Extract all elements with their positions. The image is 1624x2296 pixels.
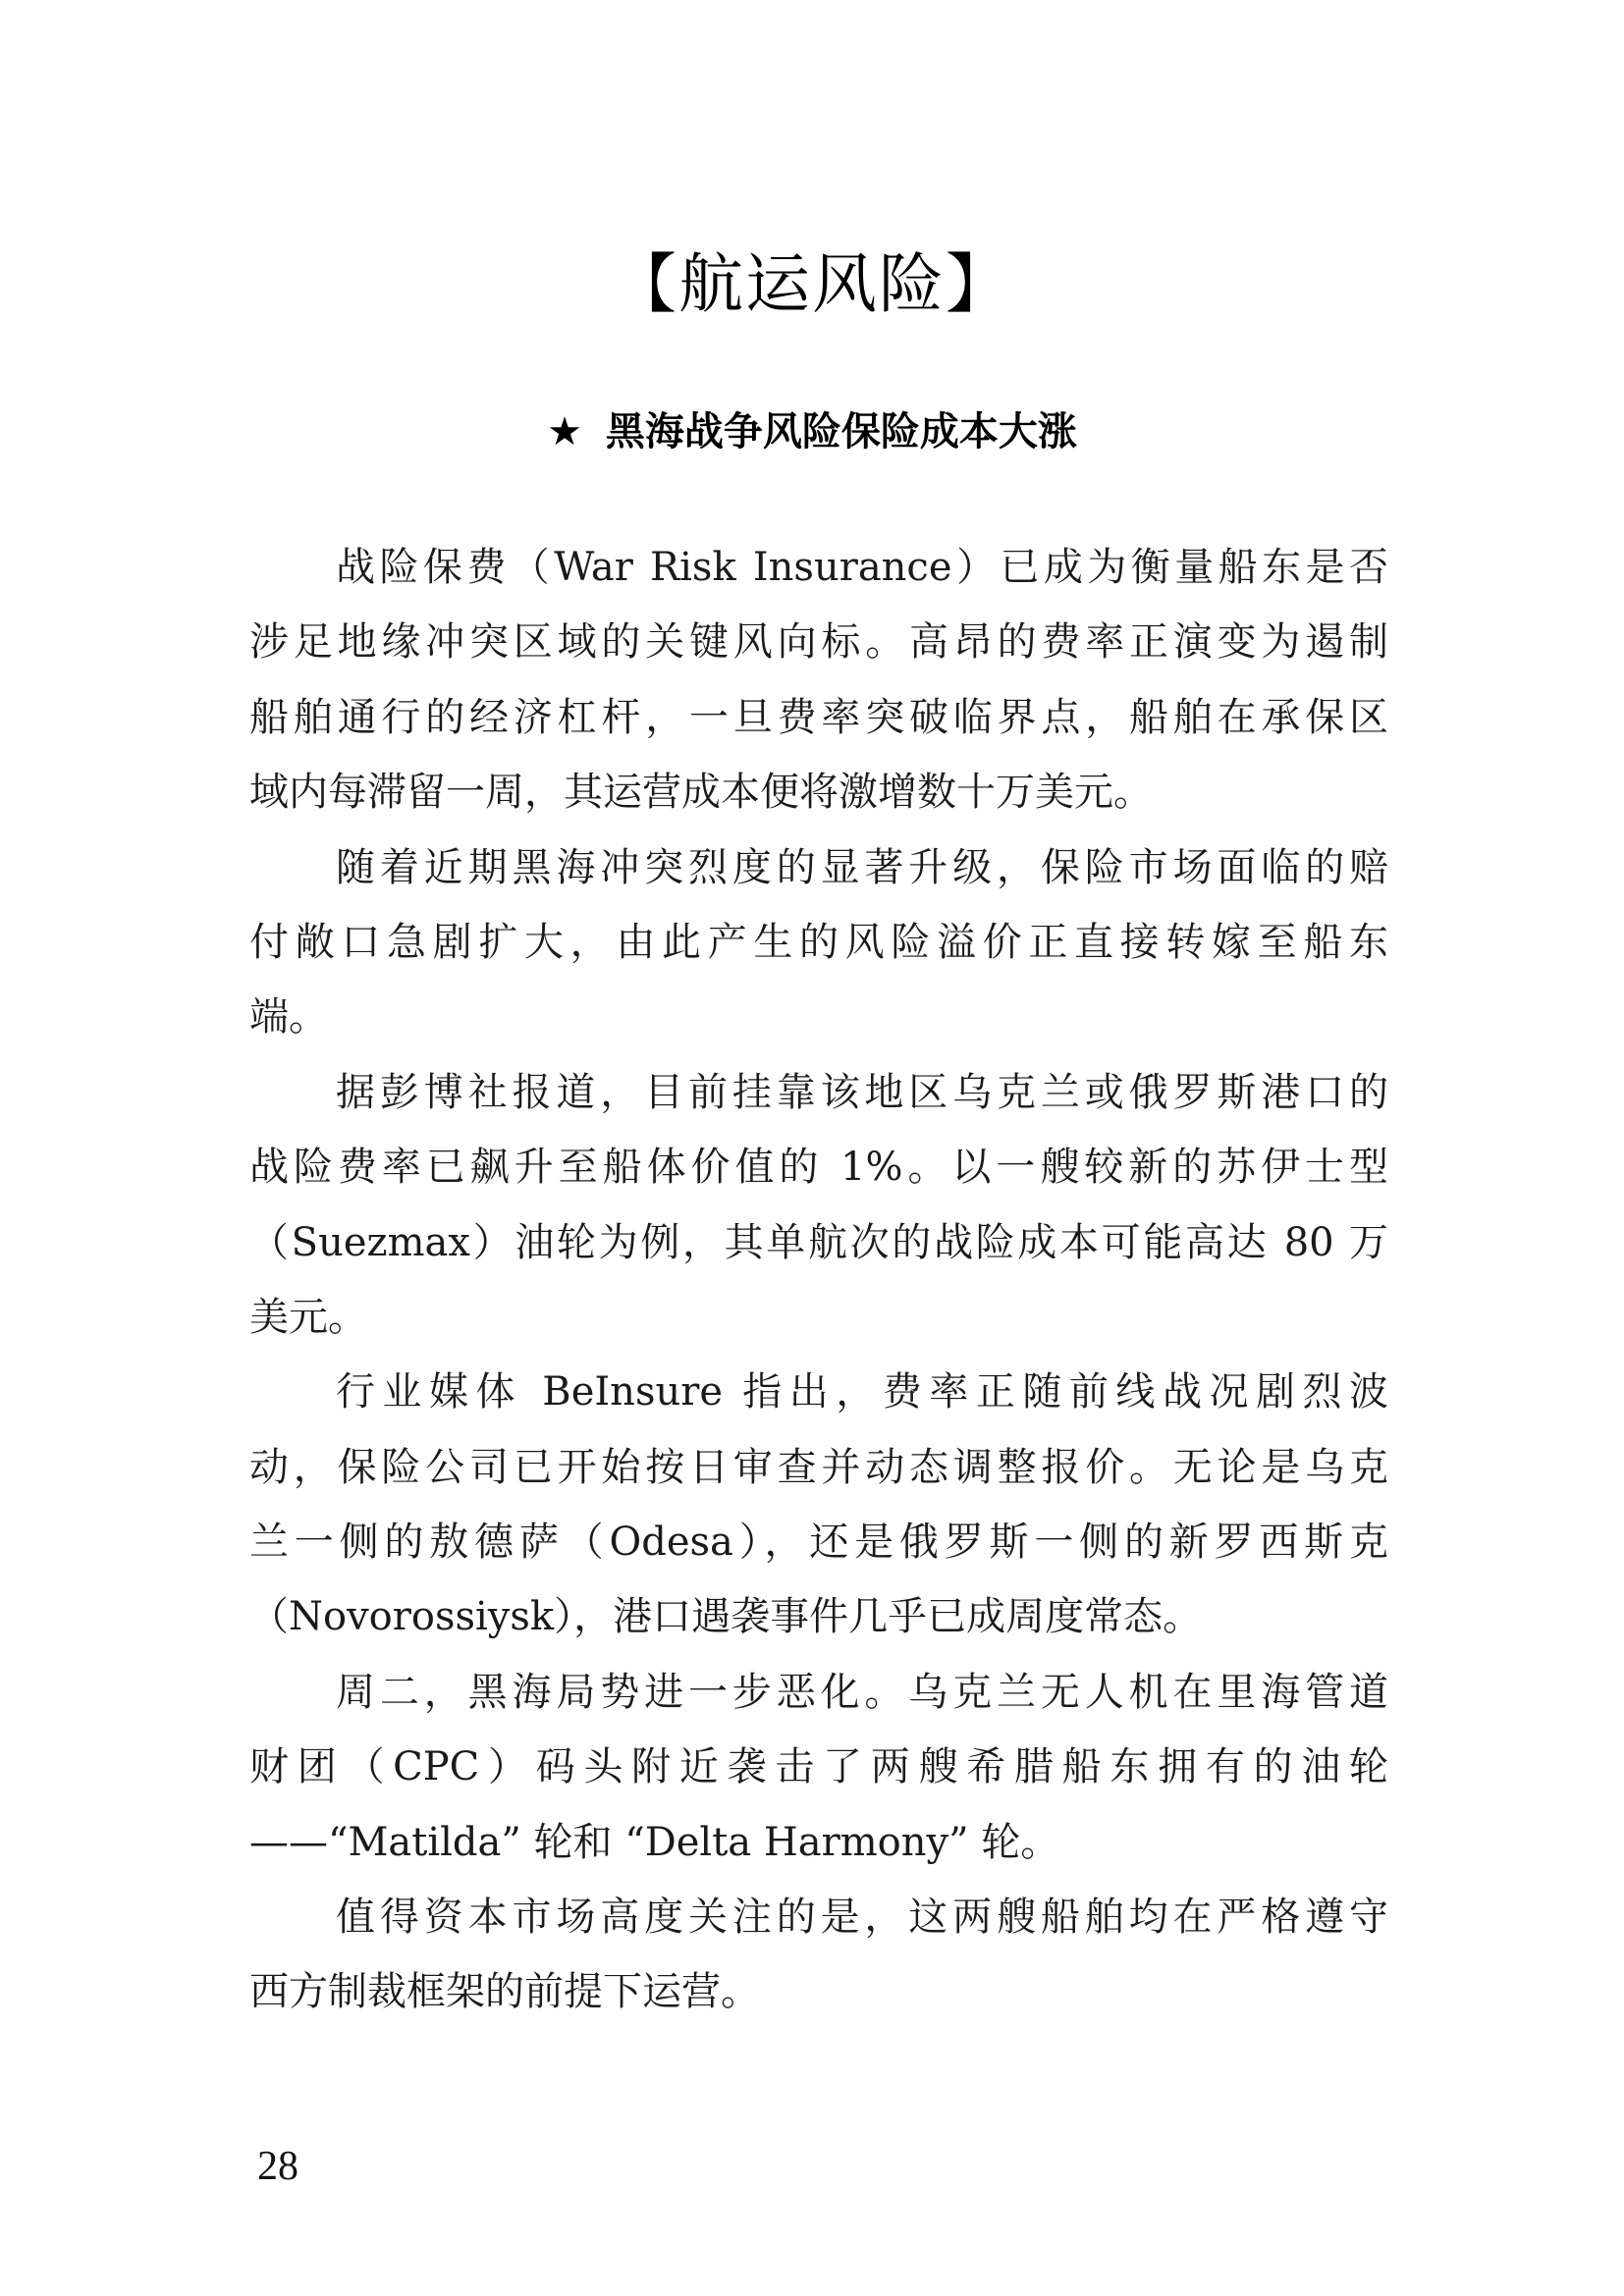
paragraph-5-line-1: 周二，黑海局势进一步恶化。乌克兰无人机在里海管道 (249, 1655, 1388, 1730)
paragraph-2-line-2: 付敞口急剧扩大，由此产生的风险溢价正直接转嫁至船东 (249, 905, 1388, 980)
paragraph-4-line-1: 行业媒体 BeInsure 指出，费率正随前线战况剧烈波 (249, 1355, 1388, 1429)
section-title: 【航运风险】 (0, 243, 1624, 326)
paragraph-3-line-3: （Suezmax）油轮为例，其单航次的战险成本可能高达 80 万 (249, 1205, 1388, 1280)
paragraph-6-line-2: 西方制裁框架的前提下运营。 (249, 1954, 1388, 2029)
paragraph-3-line-1: 据彭博社报道，目前挂靠该地区乌克兰或俄罗斯港口的 (249, 1055, 1388, 1130)
paragraph-1-line-1: 战险保费（War Risk Insurance）已成为衡量船东是否 (249, 530, 1388, 605)
paragraph-6-line-1: 值得资本市场高度关注的是，这两艘船舶均在严格遵守 (249, 1880, 1388, 1954)
paragraph-4-line-3: 兰一侧的敖德萨（Odesa），还是俄罗斯一侧的新罗西斯克 (249, 1505, 1388, 1579)
paragraph-4-line-2: 动，保险公司已开始按日审查并动态调整报价。无论是乌克 (249, 1430, 1388, 1505)
paragraph-4-line-4: （Novorossiysk），港口遇袭事件几乎已成周度常态。 (249, 1579, 1388, 1654)
paragraph-3-line-2: 战险费率已飙升至船体价值的 1%。以一艘较新的苏伊士型 (249, 1130, 1388, 1204)
star-icon: ★ (547, 402, 582, 461)
page-number: 28 (257, 2142, 298, 2191)
paragraph-2-line-3: 端。 (249, 980, 1388, 1054)
paragraph-1-line-2: 涉足地缘冲突区域的关键风向标。高昂的费率正演变为遏制 (249, 605, 1388, 679)
paragraph-5-line-3: ——“Matilda” 轮和 “Delta Harmony” 轮。 (249, 1805, 1388, 1880)
paragraph-2-line-1: 随着近期黑海冲突烈度的显著升级，保险市场面临的赔 (249, 830, 1388, 905)
document-page: 【航运风险】 ★黑海战争风险保险成本大涨 战险保费（War Risk Insur… (0, 0, 1624, 2296)
paragraph-1-line-3: 船舶通行的经济杠杆，一旦费率突破临界点，船舶在承保区 (249, 680, 1388, 755)
article-title-text: 黑海战争风险保险成本大涨 (606, 409, 1077, 454)
article-body: 战险保费（War Risk Insurance）已成为衡量船东是否 涉足地缘冲突… (249, 530, 1388, 2030)
paragraph-1-line-4: 域内每滞留一周，其运营成本便将激增数十万美元。 (249, 755, 1388, 829)
paragraph-5-line-2: 财团（CPC）码头附近袭击了两艘希腊船东拥有的油轮 (249, 1730, 1388, 1804)
paragraph-3-line-4: 美元。 (249, 1280, 1388, 1355)
article-title: ★黑海战争风险保险成本大涨 (0, 402, 1624, 461)
